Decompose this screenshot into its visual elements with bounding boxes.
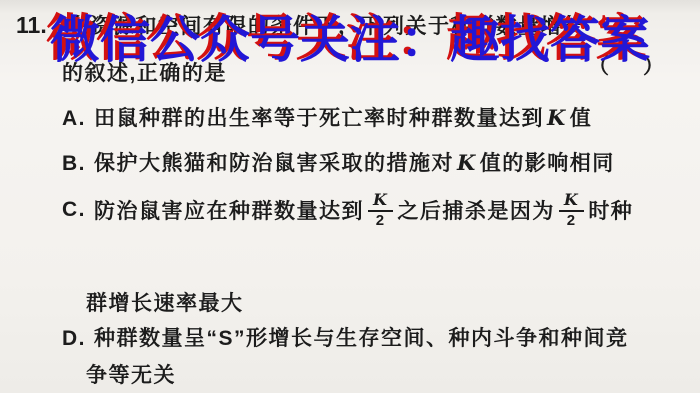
option-d-text: 种群数量呈“S”形增长与生存空间、种内斗争和种间竞	[94, 327, 629, 350]
option-c: C.防治鼠害应在种群数量达到K2之后捕杀是因为K2时种	[62, 192, 633, 229]
option-b-text-after: 值的影响相同	[480, 152, 615, 175]
option-d-label: D.	[62, 327, 86, 351]
option-c-text-2: 之后捕杀是因为	[397, 195, 555, 225]
fraction-k-over-2: K2	[559, 192, 584, 229]
option-a-text-after: 值	[570, 107, 593, 130]
option-a: A.田鼠种群的出生率等于死亡率时种群数量达到K值	[62, 102, 592, 132]
option-a-label: A.	[62, 107, 86, 131]
fraction-denominator: 2	[567, 212, 577, 229]
exam-page: 11. 在资源和空间有限的条件下，下列关于种群数量增长 微信公众号关注：趣找答案…	[0, 0, 700, 393]
option-b-text: 保护大熊猫和防治鼠害采取的措施对	[94, 152, 454, 175]
fraction-k-over-2: K2	[368, 192, 393, 229]
option-d: D.种群数量呈“S”形增长与生存空间、种内斗争和种间竞	[62, 322, 629, 352]
option-c-line2: 群增长速率最大	[86, 287, 244, 317]
option-c-text-3: 时种	[588, 195, 633, 225]
option-a-text: 田鼠种群的出生率等于死亡率时种群数量达到	[94, 107, 544, 130]
fraction-numerator: K	[368, 192, 393, 212]
option-d-line2: 争等无关	[86, 359, 176, 389]
question-number: 11.	[16, 12, 47, 38]
k-variable: K	[544, 105, 570, 130]
fraction-denominator: 2	[376, 212, 386, 229]
option-b: B.保护大熊猫和防治鼠害采取的措施对K值的影响相同	[62, 147, 615, 177]
option-c-text-1: 防治鼠害应在种群数量达到	[94, 195, 364, 225]
fraction-numerator: K	[559, 192, 584, 212]
option-c-label: C.	[62, 198, 86, 222]
k-variable: K	[454, 150, 480, 175]
option-b-label: B.	[62, 152, 86, 176]
watermark-text: 微信公众号关注：趣找答案	[50, 0, 650, 72]
